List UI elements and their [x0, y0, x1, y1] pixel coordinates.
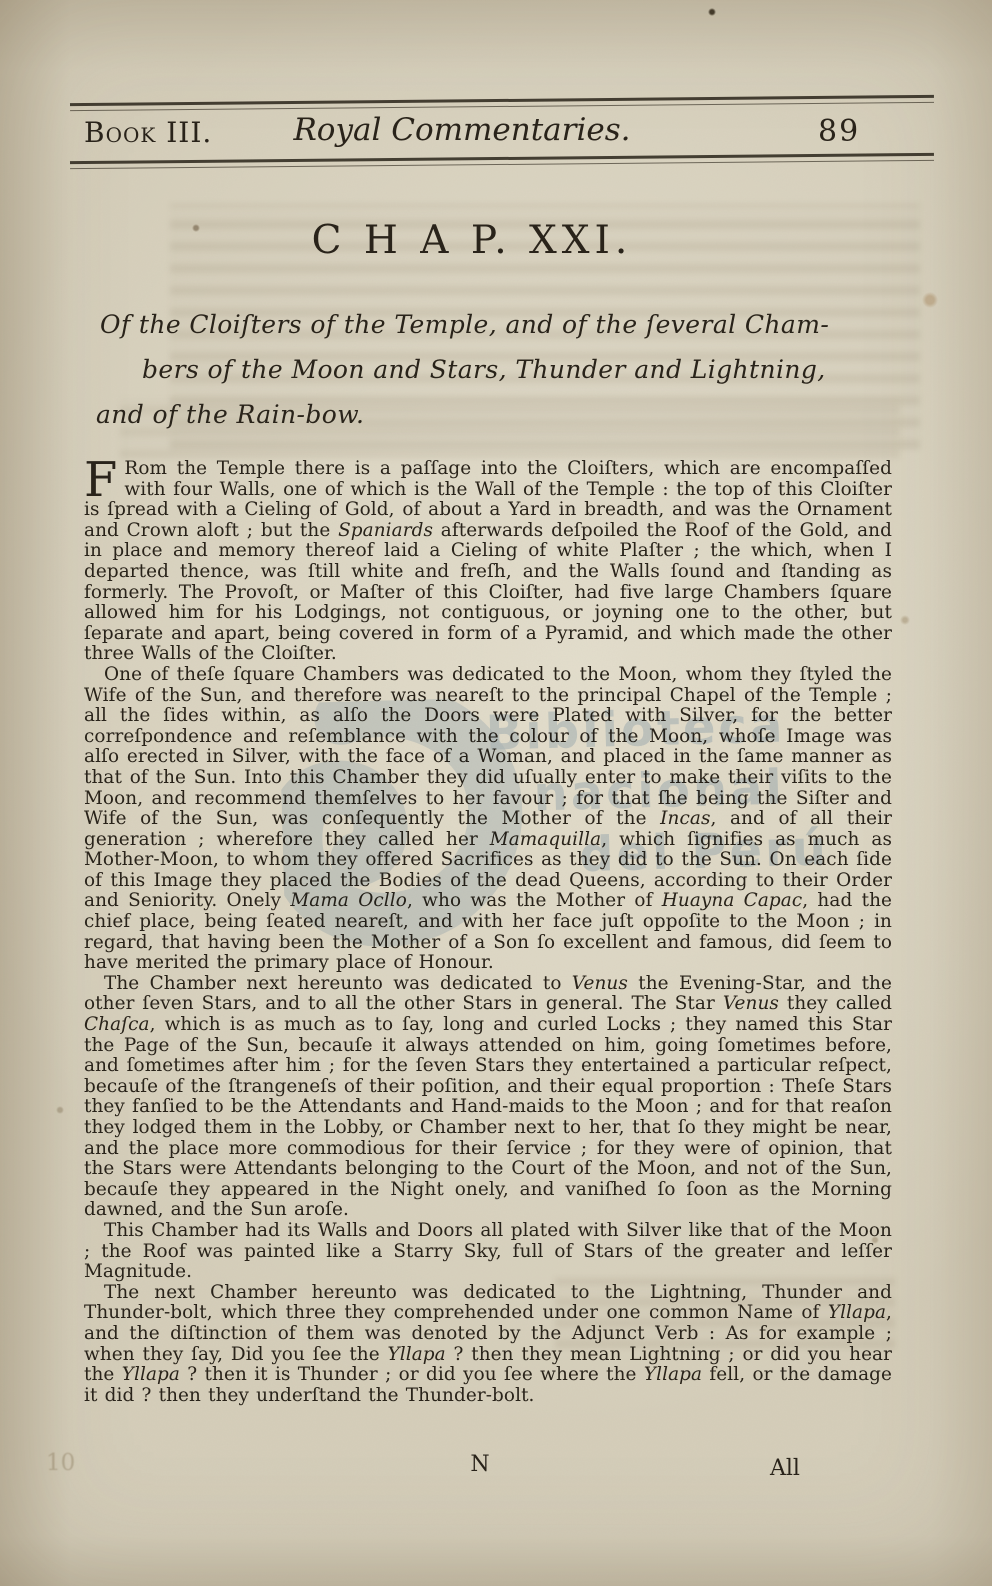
catchword: All — [770, 1456, 800, 1481]
paragraph: The next Chamber hereunto was dedicated … — [84, 1283, 892, 1407]
body-text: FRom the Temple there is a paſſage into … — [84, 459, 892, 1406]
paragraph: This Chamber had its Walls and Doors all… — [84, 1221, 892, 1283]
page-footer: 10 N All — [0, 1440, 992, 1500]
text-run: One of theſe ſquare Chambers was dedicat… — [84, 664, 892, 829]
text-run: The Chamber next hereunto was dedicated … — [104, 973, 572, 994]
italic-term: Yllapa — [122, 1364, 180, 1385]
drop-cap: F — [84, 459, 124, 499]
argument-line: bers of the Moon and Stars, Thunder and … — [88, 347, 868, 392]
running-header: Book III. Royal Commentaries. 89 — [0, 112, 992, 154]
chapter-heading: C H A P. XXI. — [0, 218, 968, 263]
argument-line: and of the Rain-bow. — [88, 392, 868, 437]
italic-term: Mama Ocllo — [290, 890, 407, 911]
paragraph: The Chamber next hereunto was dedicated … — [84, 974, 892, 1221]
italic-term: Spaniards — [338, 520, 433, 541]
text-run: , which is as much as to ſay, long and c… — [84, 1014, 892, 1220]
header-double-rule-bottom — [70, 153, 934, 170]
italic-term: Yllapa — [828, 1302, 886, 1323]
italic-term: Venus — [723, 993, 779, 1014]
text-run: they called — [779, 993, 892, 1014]
running-title: Royal Commentaries. — [0, 112, 958, 148]
text-run: This Chamber had its Walls and Doors all… — [84, 1220, 892, 1282]
chapter-argument: Of the Cloiſters of the Temple, and of t… — [88, 302, 868, 437]
italic-term: Chaſca — [84, 1014, 150, 1035]
text-run: , who was the Mother of — [407, 890, 662, 911]
paragraph: One of theſe ſquare Chambers was dedicat… — [84, 665, 892, 974]
italic-term: Yllapa — [388, 1344, 446, 1365]
page-number: 89 — [818, 114, 860, 149]
italic-term: Yllapa — [644, 1364, 702, 1385]
paragraph: FRom the Temple there is a paſſage into … — [84, 459, 892, 665]
signature-mark: N — [0, 1452, 976, 1477]
italic-term: Venus — [572, 973, 628, 994]
italic-term: Mamaquilla — [490, 829, 601, 850]
header-double-rule-top — [70, 95, 934, 112]
scanned-book-page: Book III. Royal Commentaries. 89 C H A P… — [0, 0, 992, 1586]
text-run: The next Chamber hereunto was dedicated … — [84, 1282, 892, 1324]
text-run: afterwards deſpoiled the Roof of the Gol… — [84, 520, 892, 665]
italic-term: Huayna Capac — [662, 890, 802, 911]
argument-line: Of the Cloiſters of the Temple, and of t… — [88, 302, 868, 347]
text-run: ? then it is Thunder ; or did you ſee wh… — [180, 1364, 644, 1385]
italic-term: Incas — [660, 808, 710, 829]
